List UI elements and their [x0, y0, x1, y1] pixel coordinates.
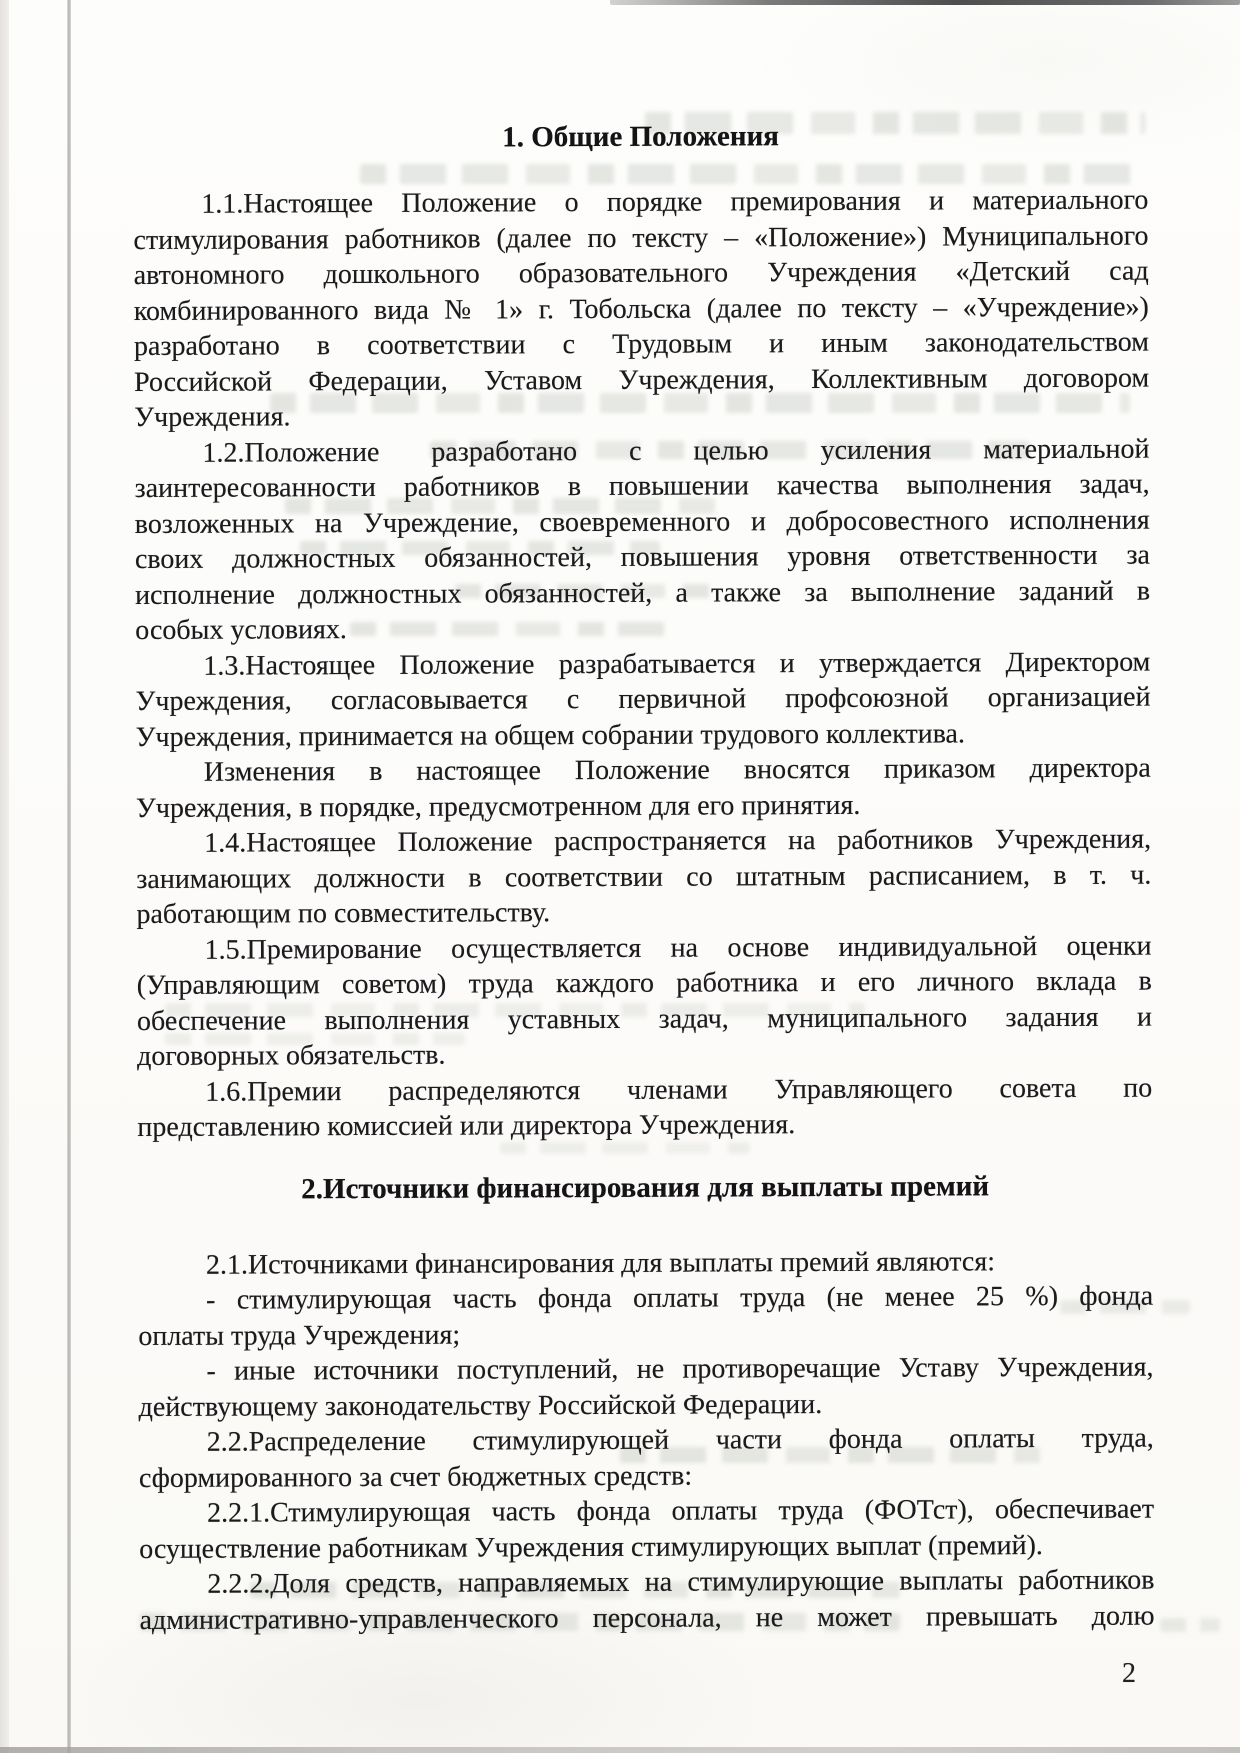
paragraph: 1.6.Премии распределяются членами Управл…	[137, 1070, 1152, 1145]
paragraph: - стимулирующая часть фонда оплаты труда…	[138, 1279, 1153, 1354]
text-line: договорных обязательств.	[137, 1035, 1152, 1075]
text-line: Российской Федерации, Уставом Учреждения…	[134, 360, 1149, 400]
paragraph: Изменения в настоящее Положение вносятся…	[136, 751, 1151, 826]
paragraph: 2.2.Распределение стимулирующей части фо…	[139, 1421, 1154, 1496]
text-line: работающим по совместительству.	[136, 893, 1151, 933]
text-line: заинтересованности работников в повышени…	[135, 467, 1150, 507]
text-line: 2.1.Источниками финансирования для выпла…	[138, 1243, 1153, 1283]
paragraph: 1.1.Настоящее Положение о порядке премир…	[133, 183, 1149, 436]
text-line: стимулирования работников (далее по текс…	[133, 218, 1148, 258]
text-line: представлению комиссией или директора Уч…	[137, 1106, 1152, 1146]
text-line: оплаты труда Учреждения;	[138, 1314, 1153, 1354]
paragraph: 1.4.Настоящее Положение распространяется…	[136, 822, 1151, 933]
text-line: Учреждения, принимается на общем собрани…	[136, 715, 1151, 755]
text-line: 1.2.Положение разработано с целью усилен…	[134, 431, 1149, 471]
text-line: 2.2.2.Доля средств, направляемых на стим…	[139, 1563, 1154, 1603]
text-line: автономного дошкольного образовательного…	[134, 254, 1149, 294]
bleedthrough-artifact	[1160, 1618, 1220, 1632]
text-line: занимающих должности в соответствии со ш…	[136, 857, 1151, 897]
text-line: - иные источники поступлений, не противо…	[138, 1350, 1153, 1390]
text-line: осуществление работникам Учреждения стим…	[139, 1527, 1154, 1567]
paragraph: 1.3.Настоящее Положение разрабатывается …	[135, 644, 1150, 755]
text-line: исполнение должностных обязанностей, а т…	[135, 573, 1150, 613]
text-line: 1.3.Настоящее Положение разрабатывается …	[135, 644, 1150, 684]
text-line: 1.6.Премии распределяются членами Управл…	[137, 1070, 1152, 1110]
paragraph: 2.2.2.Доля средств, направляемых на стим…	[139, 1563, 1154, 1638]
document-body: 1. Общие Положения1.1.Настоящее Положени…	[133, 117, 1155, 1638]
paragraph: - иные источники поступлений, не противо…	[138, 1350, 1153, 1425]
text-line: 1.5.Премирование осуществляется на основ…	[137, 928, 1152, 968]
paragraph: 2.1.Источниками финансирования для выпла…	[138, 1243, 1153, 1283]
text-line: возложенных на Учреждение, своевременног…	[135, 502, 1150, 542]
text-line: своих должностных обязанностей, повышени…	[135, 538, 1150, 578]
section-heading: 1. Общие Положения	[133, 117, 1148, 157]
text-line: Учреждения, в порядке, предусмотренном д…	[136, 786, 1151, 826]
text-line: (Управляющим советом) труда каждого рабо…	[137, 964, 1152, 1004]
text-line: обеспечение выполнения уставных задач, м…	[137, 999, 1152, 1039]
text-line: 1.4.Настоящее Положение распространяется…	[136, 822, 1151, 862]
section-heading: 2.Источники финансирования для выплаты п…	[138, 1167, 1153, 1207]
paragraph: 1.2.Положение разработано с целью усилен…	[134, 431, 1150, 648]
text-line: Учреждения.	[134, 396, 1149, 436]
text-line: Изменения в настоящее Положение вносятся…	[136, 751, 1151, 791]
page-number: 2	[1122, 1658, 1136, 1690]
text-line: действующему законодательству Российской…	[139, 1385, 1154, 1425]
text-line: - стимулирующая часть фонда оплаты труда…	[138, 1279, 1153, 1319]
page-fold-line	[67, 0, 71, 1753]
document-page: 1. Общие Положения1.1.Настоящее Положени…	[0, 0, 1240, 1753]
scan-edge-left	[0, 0, 9, 1753]
text-line: 2.2.1.Стимулирующая часть фонда оплаты т…	[139, 1492, 1154, 1532]
text-line: особых условиях.	[135, 609, 1150, 649]
text-line: сформированного за счет бюджетных средст…	[139, 1456, 1154, 1496]
text-line: разработано в соответствии с Трудовым и …	[134, 325, 1149, 365]
paragraph: 1.5.Премирование осуществляется на основ…	[137, 928, 1153, 1074]
text-line: комбинированного вида № 1» г. Тобольска …	[134, 289, 1149, 329]
text-line: 1.1.Настоящее Положение о порядке премир…	[133, 183, 1148, 223]
text-line: административно-управленческого персонал…	[139, 1598, 1154, 1638]
paragraph: 2.2.1.Стимулирующая часть фонда оплаты т…	[139, 1492, 1154, 1567]
scan-edge-bottom	[0, 1747, 1240, 1753]
text-line: Учреждения, согласовывается с первичной …	[135, 680, 1150, 720]
text-line: 2.2.Распределение стимулирующей части фо…	[139, 1421, 1154, 1461]
scan-edge-top	[610, 0, 1240, 5]
